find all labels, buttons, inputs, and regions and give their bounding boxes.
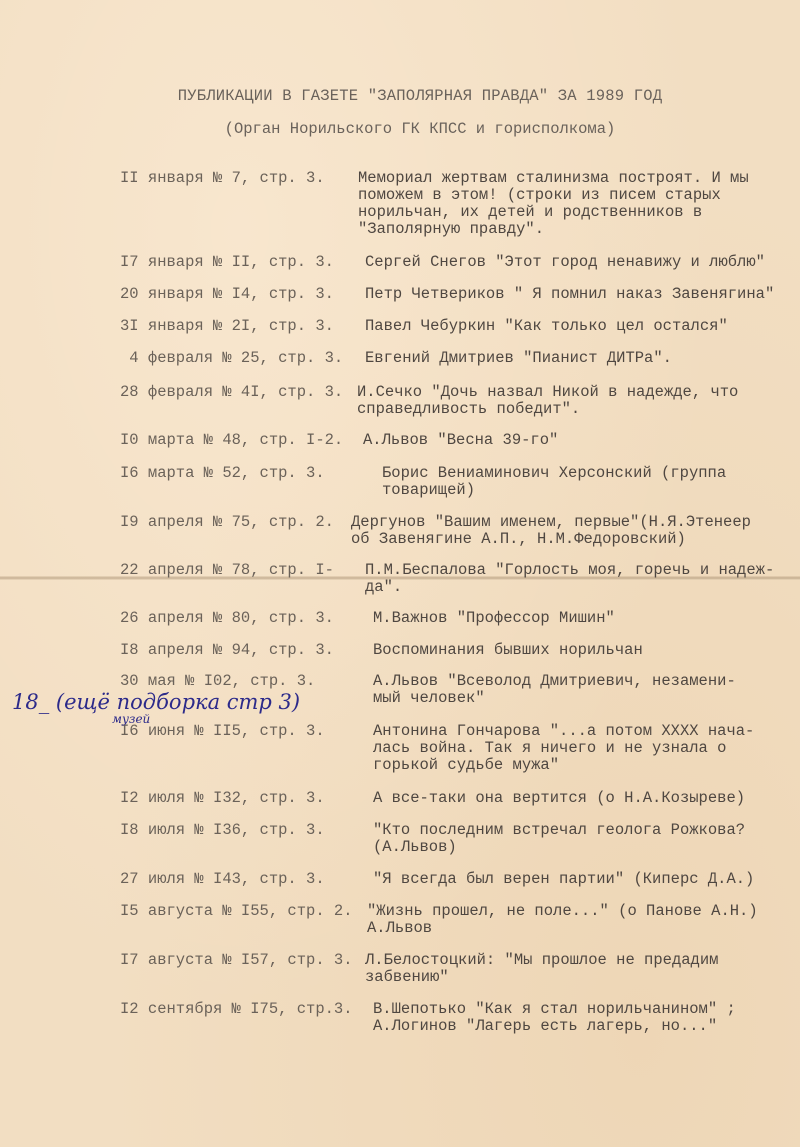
article-description: А.Львов "Весна 39-го" bbox=[363, 432, 558, 449]
handwritten-note: 18_ (ещё подборка стр 3) bbox=[12, 690, 300, 714]
article-description: А все-таки она вертится (о Н.А.Козыреве) bbox=[373, 790, 745, 807]
issue-reference: 28 февраля № 4I, стр. 3. bbox=[120, 384, 343, 401]
article-description: А.Львов "Всеволод Дмитриевич, незамени- … bbox=[373, 673, 736, 707]
article-description: Мемориал жертвам сталинизма построят. И … bbox=[358, 170, 749, 238]
article-description: В.Шепотько "Как я стал норильчанином" ; … bbox=[373, 1001, 736, 1035]
article-description: Дергунов "Вашим именем, первые"(Н.Я.Этен… bbox=[351, 514, 751, 548]
issue-reference: I6 марта № 52, стр. 3. bbox=[120, 465, 325, 482]
issue-reference: 26 апреля № 80, стр. 3. bbox=[120, 610, 334, 627]
issue-reference: I7 января № II, стр. 3. bbox=[120, 254, 334, 271]
issue-reference: 3I января № 2I, стр. 3. bbox=[120, 318, 334, 335]
article-description: Л.Белостоцкий: "Мы прошлое не предадим з… bbox=[365, 952, 718, 986]
issue-reference: II января № 7, стр. 3. bbox=[120, 170, 325, 187]
issue-reference: 4 февраля № 25, стр. 3. bbox=[120, 350, 343, 367]
issue-reference: I9 апреля № 75, стр. 2. bbox=[120, 514, 334, 531]
article-description: Антонина Гончарова "...а потом ХХХХ нача… bbox=[373, 723, 754, 774]
article-description: И.Сечко "Дочь назвал Никой в надежде, чт… bbox=[357, 384, 738, 418]
article-description: Петр Четвериков " Я помнил наказ Завеняг… bbox=[365, 286, 774, 303]
document-title: ПУБЛИКАЦИИ В ГАЗЕТЕ "ЗАПОЛЯРНАЯ ПРАВДА" … bbox=[0, 87, 800, 105]
issue-reference: I8 апреля № 94, стр. 3. bbox=[120, 642, 334, 659]
issue-reference: I8 июля № I36, стр. 3. bbox=[120, 822, 325, 839]
article-description: Борис Вениаминович Херсонский (группа то… bbox=[382, 465, 726, 499]
handwritten-note-sub: музей bbox=[112, 712, 150, 726]
article-description: "Кто последним встречал геолога Рожкова?… bbox=[373, 822, 745, 856]
article-description: "Я всегда был верен партии" (Киперс Д.А.… bbox=[373, 871, 754, 888]
issue-reference: 22 апреля № 78, стр. I- bbox=[120, 562, 334, 579]
article-description: Сергей Снегов "Этот город ненавижу и люб… bbox=[365, 254, 765, 271]
article-description: "Жизнь прошел, не поле..." (о Панове А.Н… bbox=[367, 903, 758, 937]
issue-reference: I5 августа № I55, стр. 2. bbox=[120, 903, 353, 920]
article-description: М.Важнов "Профессор Мишин" bbox=[373, 610, 615, 627]
issue-reference: 27 июля № I43, стр. 3. bbox=[120, 871, 325, 888]
issue-reference: I2 июля № I32, стр. 3. bbox=[120, 790, 325, 807]
article-description: П.М.Беспалова "Горлость моя, горечь и на… bbox=[365, 562, 774, 596]
issue-reference: 20 января № I4, стр. 3. bbox=[120, 286, 334, 303]
issue-reference: 30 мая № I02, стр. 3. bbox=[120, 673, 315, 690]
article-description: Евгений Дмитриев "Пианист ДИТРа". bbox=[365, 350, 672, 367]
document-subtitle: (Орган Норильского ГК КПСС и горисполком… bbox=[0, 120, 800, 138]
article-description: Павел Чебуркин "Как только цел остался" bbox=[365, 318, 728, 335]
article-description: Воспоминания бывших норильчан bbox=[373, 642, 643, 659]
issue-reference: I2 сентября № I75, стр.3. bbox=[120, 1001, 353, 1018]
issue-reference: I6 июня № II5, стр. 3. bbox=[120, 723, 325, 740]
issue-reference: I7 августа № I57, стр. 3. bbox=[120, 952, 353, 969]
issue-reference: I0 марта № 48, стр. I-2. bbox=[120, 432, 343, 449]
